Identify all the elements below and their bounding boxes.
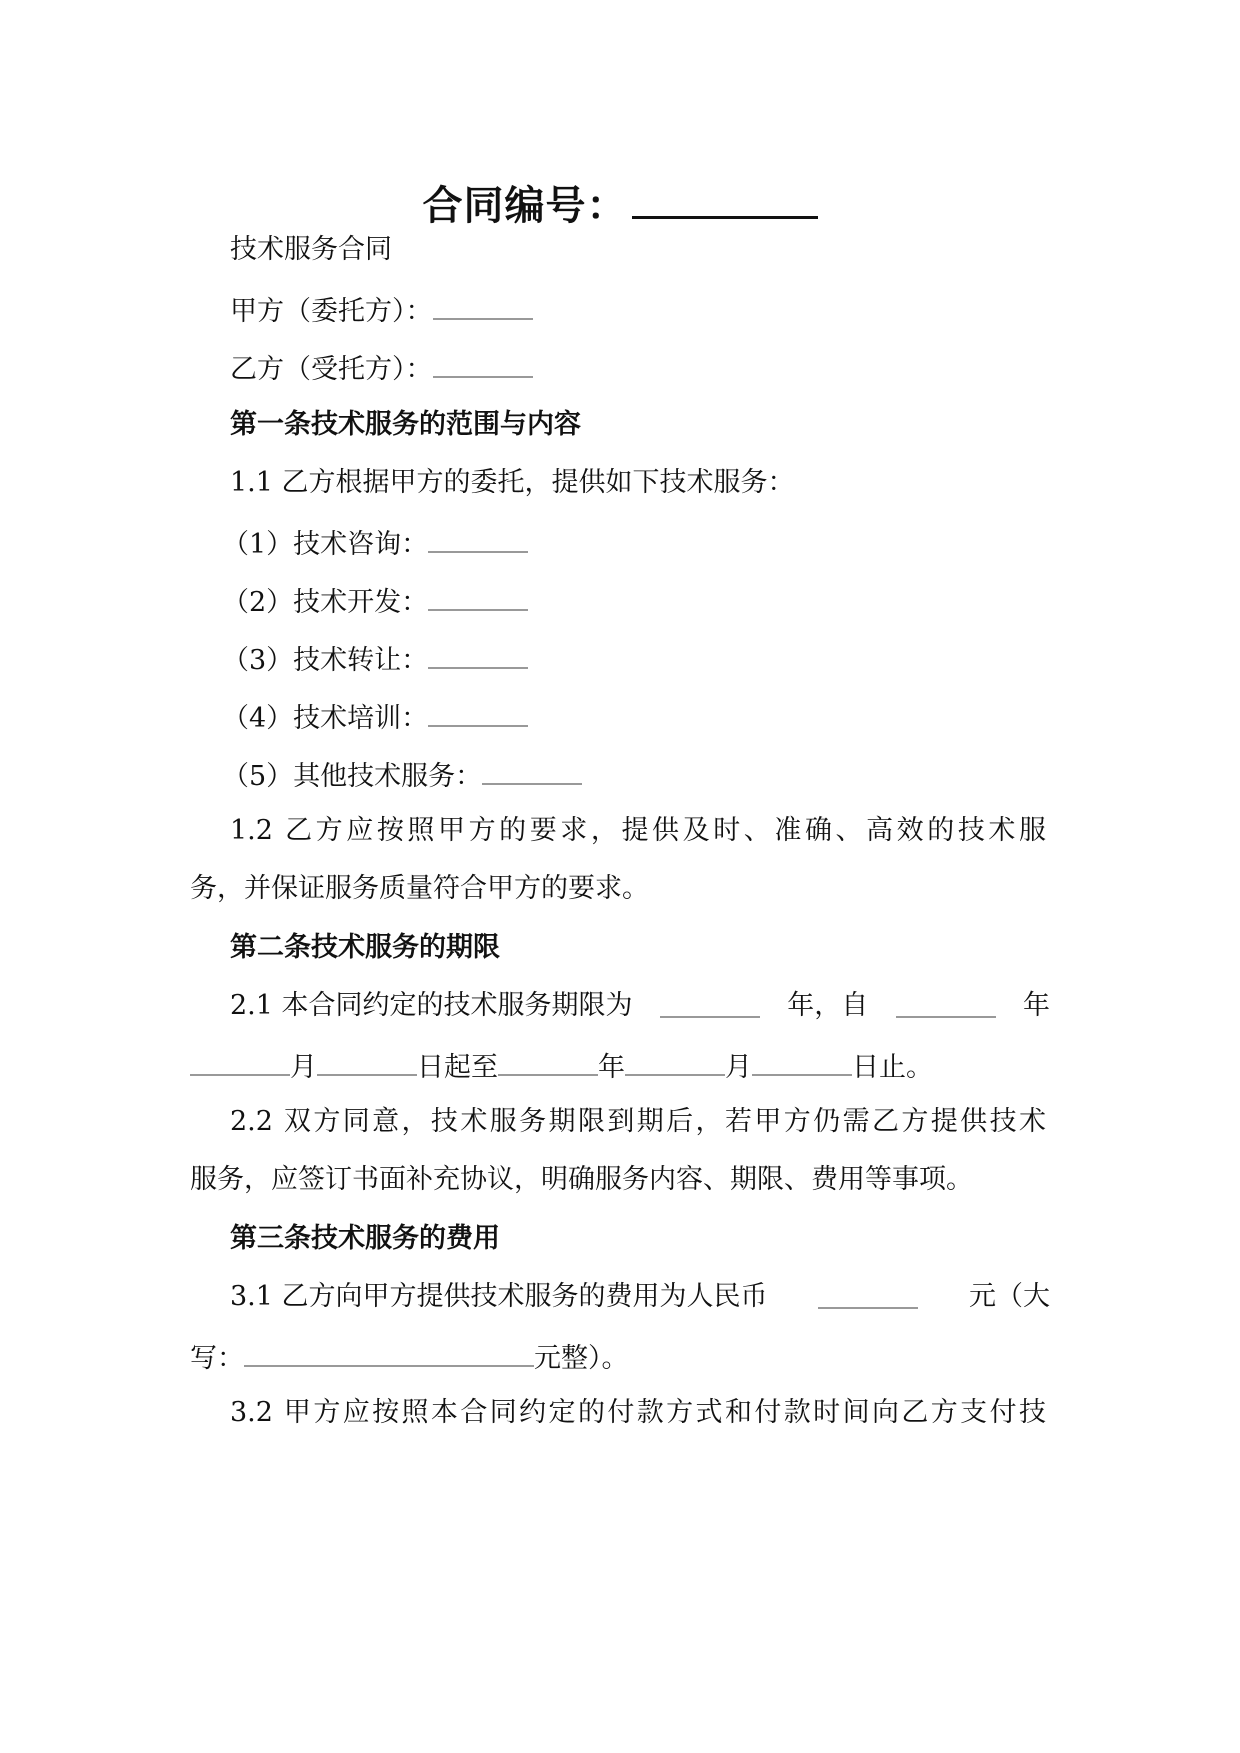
- service-item-blank[interactable]: [428, 695, 528, 727]
- service-item-label: （3）技术转让：: [222, 645, 428, 676]
- start-year-blank[interactable]: [896, 986, 996, 1018]
- clause-text: 日起至: [417, 1052, 498, 1083]
- clause-text: 元（大: [969, 1277, 1050, 1317]
- party-b-line: 乙方（受托方）：: [230, 346, 1110, 390]
- end-day-blank[interactable]: [752, 1044, 852, 1076]
- title-label: 合同编号：: [423, 183, 628, 229]
- doc-title: 技术服务合同: [230, 230, 1110, 270]
- service-item-5: （5）其他技术服务：: [222, 753, 1102, 797]
- party-b-label: 乙方（受托方）：: [230, 354, 433, 385]
- clause-3-1-line1: 3.1 乙方向甲方提供技术服务的费用为人民币 元（大: [230, 1277, 1050, 1317]
- service-item-label: （1）技术咨询：: [222, 529, 428, 560]
- clause-text: 月: [725, 1052, 752, 1083]
- clause-2-1-line1: 2.1 本合同约定的技术服务期限为 年，自 年: [230, 986, 1050, 1026]
- fee-amount-blank[interactable]: [818, 1277, 918, 1309]
- clause-text: 写：: [190, 1343, 244, 1374]
- start-month-blank[interactable]: [190, 1044, 290, 1076]
- clause-text: 元整）。: [534, 1343, 629, 1374]
- service-item-2: （2）技术开发：: [222, 579, 1102, 623]
- clause-text: 日止。: [852, 1052, 933, 1083]
- service-item-3: （3）技术转让：: [222, 637, 1102, 681]
- contract-number-title: 合同编号：: [0, 176, 1240, 234]
- service-item-1: （1）技术咨询：: [222, 521, 1102, 565]
- end-month-blank[interactable]: [625, 1044, 725, 1076]
- start-day-blank[interactable]: [317, 1044, 417, 1076]
- clause-2-1-line2: 月日起至年月日止。: [190, 1044, 1070, 1088]
- service-item-blank[interactable]: [428, 579, 528, 611]
- clause-1-2-line1: 1.2 乙方应按照甲方的要求，提供及时、准确、高效的技术服: [230, 811, 1046, 851]
- service-item-label: （2）技术开发：: [222, 587, 428, 618]
- clause-1-1: 1.1 乙方根据甲方的委托，提供如下技术服务：: [230, 463, 1110, 503]
- party-a-blank[interactable]: [433, 288, 533, 320]
- end-year-blank[interactable]: [498, 1044, 598, 1076]
- clause-text: 年: [598, 1052, 625, 1083]
- clause-text: 年: [1023, 986, 1050, 1026]
- clause-text: 年，自: [787, 986, 868, 1026]
- service-item-label: （5）其他技术服务：: [222, 761, 482, 792]
- party-a-line: 甲方（委托方）：: [230, 288, 1110, 332]
- term-years-blank[interactable]: [660, 986, 760, 1018]
- service-item-blank[interactable]: [482, 753, 582, 785]
- party-b-blank[interactable]: [433, 346, 533, 378]
- clause-3-1-line2: 写：元整）。: [190, 1335, 1070, 1379]
- service-item-blank[interactable]: [428, 637, 528, 669]
- service-item-label: （4）技术培训：: [222, 703, 428, 734]
- fee-capital-blank[interactable]: [244, 1335, 534, 1367]
- clause-text: 2.1 本合同约定的技术服务期限为: [230, 986, 633, 1026]
- clause-text: 月: [290, 1052, 317, 1083]
- contract-number-blank[interactable]: [632, 176, 818, 219]
- clause-1-2-line2: 务，并保证服务质量符合甲方的要求。: [190, 869, 1070, 909]
- service-item-4: （4）技术培训：: [222, 695, 1102, 739]
- article3-heading: 第三条技术服务的费用: [230, 1219, 1110, 1259]
- clause-text: 3.1 乙方向甲方提供技术服务的费用为人民币: [230, 1277, 768, 1317]
- article1-heading: 第一条技术服务的范围与内容: [230, 405, 1110, 445]
- clause-2-2-line1: 2.2 双方同意，技术服务期限到期后，若甲方仍需乙方提供技术: [230, 1102, 1046, 1142]
- party-a-label: 甲方（委托方）：: [230, 296, 433, 327]
- clause-2-2-line2: 服务，应签订书面补充协议，明确服务内容、期限、费用等事项。: [190, 1160, 1070, 1200]
- service-item-blank[interactable]: [428, 521, 528, 553]
- clause-3-2-line1: 3.2 甲方应按照本合同约定的付款方式和付款时间向乙方支付技: [230, 1393, 1046, 1433]
- article2-heading: 第二条技术服务的期限: [230, 928, 1110, 968]
